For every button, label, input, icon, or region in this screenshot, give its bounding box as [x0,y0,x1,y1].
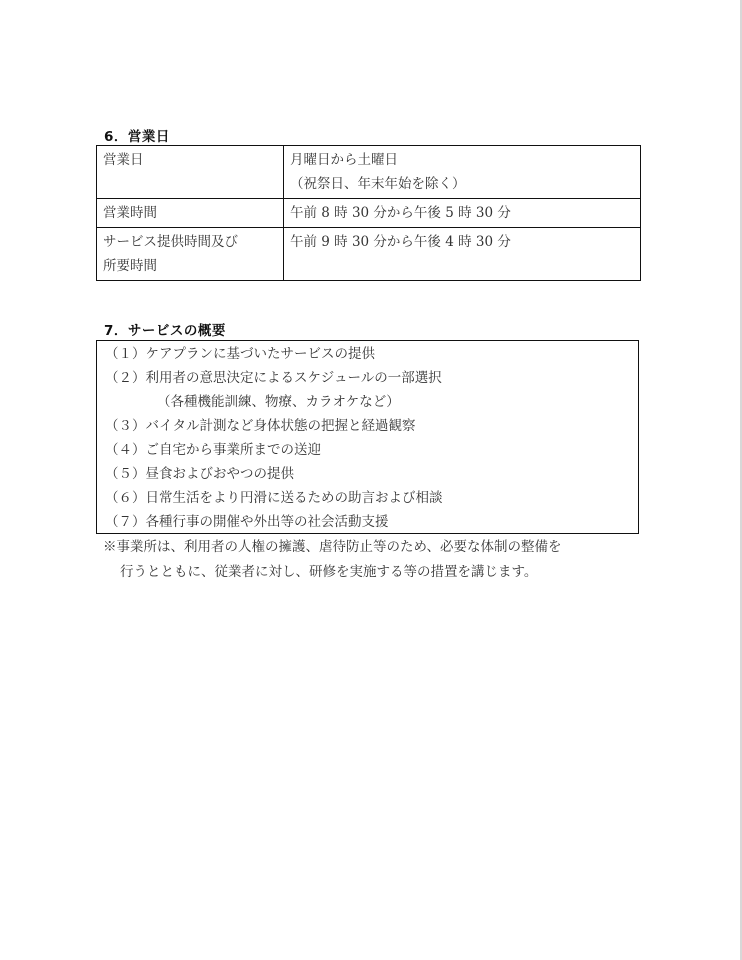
list-item-sub: （各種機能訓練、物療、カラオケなど） [97,390,638,414]
row-value-business-days: 月曜日から土曜日 （祝祭日、年末年始を除く） [284,146,641,199]
section-6-heading: 6．営業日 [104,125,170,145]
section-7-heading: 7．サービスの概要 [104,319,226,339]
business-days-table: 営業日 月曜日から土曜日 （祝祭日、年末年始を除く） 営業時間 午前 8 時 3… [96,145,641,281]
table-row: 営業時間 午前 8 時 30 分から午後 5 時 30 分 [97,199,641,228]
list-item: （１）ケアプランに基づいたサービスの提供 [97,342,638,366]
value-line: 月曜日から土曜日 [290,148,634,172]
list-item: （５）昼食およびおやつの提供 [97,462,638,486]
note-line: ※事業所は、利用者の人権の擁護、虐待防止等のため、必要な体制の整備を [103,535,643,560]
list-item: （６）日常生活をより円滑に送るための助言および相談 [97,486,638,510]
row-label-business-days: 営業日 [97,146,284,199]
row-label-business-hours: 営業時間 [97,199,284,228]
list-item: （３）バイタル計測など身体状態の把握と経過観察 [97,414,638,438]
label-line: 所要時間 [103,254,277,278]
service-overview-box: （１）ケアプランに基づいたサービスの提供 （２）利用者の意思決定によるスケジュー… [96,340,639,534]
row-value-service-hours: 午前 9 時 30 分から午後 4 時 30 分 [284,228,641,281]
note-line: 行うとともに、従業者に対し、研修を実施する等の措置を講じます。 [103,560,643,585]
label-line: サービス提供時間及び [103,230,277,254]
note-text: ※事業所は、利用者の人権の擁護、虐待防止等のため、必要な体制の整備を 行うととも… [103,535,643,585]
row-label-service-hours: サービス提供時間及び 所要時間 [97,228,284,281]
value-line: （祝祭日、年末年始を除く） [290,172,634,196]
table-row: サービス提供時間及び 所要時間 午前 9 時 30 分から午後 4 時 30 分 [97,228,641,281]
row-value-business-hours: 午前 8 時 30 分から午後 5 時 30 分 [284,199,641,228]
list-item: （２）利用者の意思決定によるスケジュールの一部選択 [97,366,638,390]
table-row: 営業日 月曜日から土曜日 （祝祭日、年末年始を除く） [97,146,641,199]
list-item: （４）ご自宅から事業所までの送迎 [97,438,638,462]
list-item: （７）各種行事の開催や外出等の社会活動支援 [97,510,638,534]
